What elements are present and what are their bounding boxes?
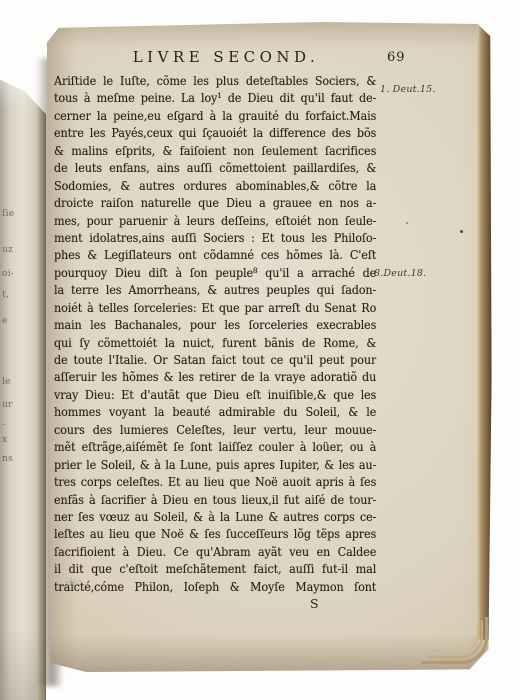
text-line: tous à meſme peine. La loy¹ de Dieu dit …	[54, 89, 376, 106]
text-line: mẽt eſtrãge,aiſémẽt ſe ſont laiſſez coul…	[54, 438, 376, 455]
bleedthrough-text: le	[2, 378, 11, 387]
text-line: entre les Payés,ceux qui ſçauoiét la dif…	[54, 124, 376, 141]
bleedthrough-text: ur	[2, 401, 13, 410]
text-line: ſacrifioient à Dieu. Ce qu'Abram ayãt ve…	[54, 543, 376, 560]
text-line: phes & Legiſlateurs ont cõdamné ces hõme…	[54, 246, 376, 263]
bleedthrough-text: ns	[2, 455, 13, 464]
running-title: LIVRE SECOND.	[108, 48, 344, 66]
text-line: enfãs à ſacrifier à Dieu en tous lieux,i…	[54, 491, 376, 508]
text-line: & malins eſprits, & faiſoient non ſeulem…	[54, 142, 376, 159]
text-line: ment idolatres,ains auſſi Sociers : Et t…	[54, 229, 376, 246]
text-line: hommes voyant la beauté admirable du Sol…	[54, 403, 376, 420]
bleedthrough-text: ſie	[2, 210, 14, 219]
text-line: Ariſtide le Iuſte, cõme les plus deteſta…	[54, 72, 376, 89]
text-line: main les Bachanales, pour les ſorcelerie…	[54, 316, 376, 333]
text-line: de leuts enfans, ains auſſi cõmettoient …	[54, 159, 376, 176]
text-line: qui ſy cõmettoiét la nuict, furent bãnis…	[54, 334, 376, 351]
text-line: pourquoy Dieu diſt à ſon peuple⁸ qu'il a…	[54, 264, 376, 281]
text-line: vray Dieu: Et d'autãt que Dieu eſt inuiſ…	[54, 386, 376, 403]
margin-note: 8.Deut.18.	[374, 268, 426, 279]
signature-mark: S	[310, 596, 319, 611]
margin-note: 1. Deut.15.	[380, 84, 436, 95]
bleedthrough-text: oi-	[2, 270, 14, 279]
text-line: prier le Soleil, & à la Lune, puis apres…	[54, 456, 376, 473]
ink-speck	[460, 230, 463, 233]
book-page: LIVRE SECOND. 69 Ariſtide le Iuſte, cõme…	[46, 22, 492, 672]
text-line: droicte raiſon naturelle que Dieu a grau…	[54, 194, 376, 211]
text-line: de toute l'Italie. Or Satan faict tout c…	[54, 351, 376, 368]
bleedthrough-text: dic	[66, 578, 81, 589]
text-line: mes, pour paruenir à leurs deſſeins, eſt…	[54, 212, 376, 229]
text-line: Sodomies, & autres ordures abominables,&…	[54, 177, 376, 194]
text-line: cerner la peine,eu eſgard à la grauité d…	[54, 107, 376, 124]
text-line: cours des lumieres Celeſtes, leur vertu,…	[54, 421, 376, 438]
bleedthrough-text: t,	[2, 291, 9, 300]
bleedthrough-text: -	[2, 421, 5, 430]
page-number: 69	[387, 50, 406, 65]
bleedthrough-text: e	[2, 317, 8, 326]
body-text: Ariſtide le Iuſte, cõme les plus deteſta…	[54, 72, 376, 595]
bleedthrough-text: x	[2, 436, 7, 445]
text-line: traicté,cóme Philon, Ioſeph & Moyſe Maym…	[54, 578, 376, 595]
fore-edge	[477, 24, 492, 640]
text-line: ner ſes vœuz au Soleil, & à la Lune & au…	[54, 508, 376, 525]
text-line: il dit que c'eſtoit meſchãtement faict, …	[54, 560, 376, 577]
page-edges-stack	[433, 622, 479, 652]
text-line: noiét à telles ſorceleries: Et que par a…	[54, 299, 376, 316]
paper-speckles	[46, 22, 48, 24]
text-line: la terre les Amorrheans, & autres peuple…	[54, 281, 376, 298]
photo-background: ſie uz oi- t, e le ur - x ns LIVRE SECON…	[0, 0, 521, 700]
bleedthrough-text: uz	[2, 246, 13, 255]
text-line: tres corps celeſtes. Et au lieu que Noë …	[54, 473, 376, 490]
text-line: leſtes au lieu que Noë & ſes ſucceſſeurs…	[54, 525, 376, 542]
text-line: aſſeruir les hõmes & les retirer de la v…	[54, 368, 376, 385]
